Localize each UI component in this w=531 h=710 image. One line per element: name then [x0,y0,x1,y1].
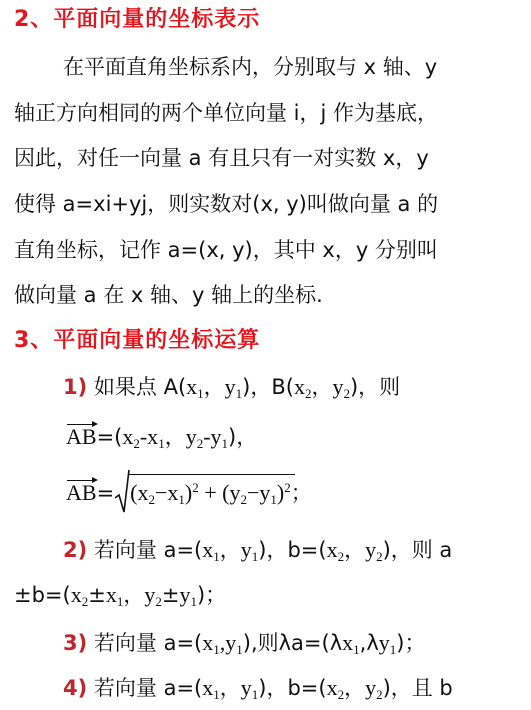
formula-ab-vector: AB=(x2-x1，y2-y1)， [66,422,257,452]
paragraph-line: 使得 a=xi+yj，则实数对(x, y)叫做向量 a 的 [14,189,438,219]
formula-item-3: 3) 若向量 a=(x1,y1),则λa=(λx1,λy1)； [63,628,425,658]
radical-icon [114,470,130,514]
formula-ab-magnitude: AB=(x2−x1)2 + (y2−y1)2； [66,474,312,508]
item-number: 2) [63,538,87,562]
section-heading-2: 2、平面向量的坐标表示 [14,5,260,35]
formula-item-2: 2) 若向量 a=(x1，y1)，b=(x2，y2)，则 a [63,535,452,565]
paragraph-line: 轴正方向相同的两个单位向量 i，j 作为基底， [14,98,438,128]
paragraph-line: 在平面直角坐标系内，分别取与 x 轴、y [63,52,437,82]
square-root: (x2−x1)2 + (y2−y1)2 [114,474,291,508]
paragraph-line: 做向量 a 在 x 轴、y 轴上的坐标. [14,280,323,310]
formula-item-1: 1) 如果点 A(x1，y1)，B(x2，y2)，则 [63,372,400,402]
item-2-text: 若向量 a=(x1，y1)，b=(x2，y2)，则 a [94,538,452,562]
vector-ab: AB [66,478,97,508]
item-number: 4) [63,676,87,700]
formula-item-2-cont: ±b=(x2±x1，y2±y1)； [14,580,226,610]
item-1-text: 如果点 A(x1，y1)，B(x2，y2)，则 [94,375,400,399]
section-heading-3: 3、平面向量的坐标运算 [14,326,260,356]
item-number: 3) [63,631,87,655]
paragraph-line: 因此，对任一向量 a 有且只有一对实数 x，y [14,143,429,173]
paragraph-line: 直角坐标，记作 a=(x, y)，其中 x，y 分别叫 [14,235,438,265]
vector-ab: AB [66,422,97,452]
item-3-text: 若向量 a=(x1,y1),则λa=(λx1,λy1)； [94,631,426,655]
formula-item-4: 4) 若向量 a=(x1，y1)，b=(x2，y2)，且 b [63,673,453,703]
item-number: 1) [63,375,87,399]
item-4-text: 若向量 a=(x1，y1)，b=(x2，y2)，且 b [94,676,453,700]
